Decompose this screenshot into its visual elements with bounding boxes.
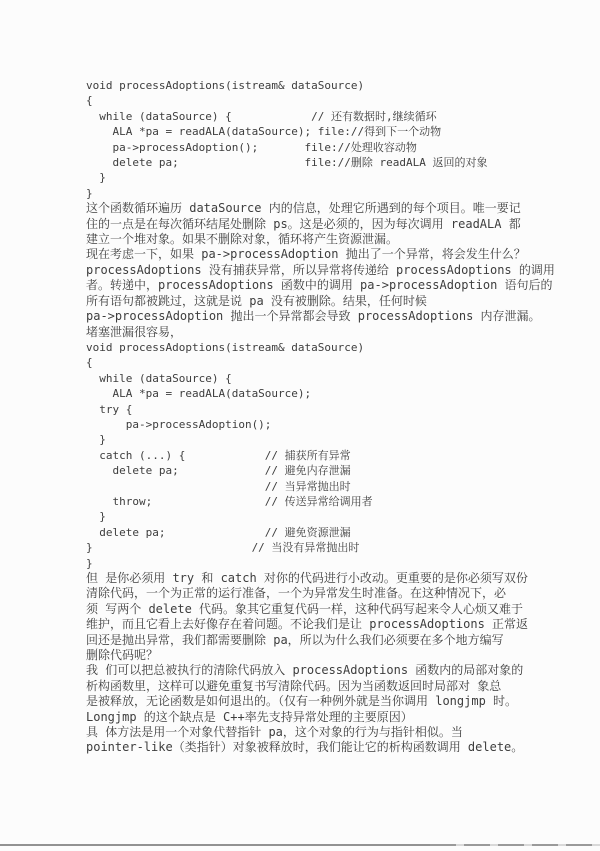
page-content: void processAdoptions(istream& dataSourc…: [86, 78, 596, 756]
paragraph-destructor-cleanup: 我 们可以把总被执行的清除代码放入 processAdoptions 函数内的局…: [86, 663, 596, 725]
page-bottom-edge-line: [0, 844, 600, 846]
bottom-line-dashed-segment: [430, 844, 600, 846]
code-block-process-adoptions-v1: void processAdoptions(istream& dataSourc…: [86, 78, 596, 201]
paragraph-exception-consequence: 现在考虑一下，如果 pa->processAdoption 抛出了一个异常，将会…: [86, 247, 596, 324]
book-page: void processAdoptions(istream& dataSourc…: [0, 0, 600, 851]
paragraph-try-catch-drawbacks: 但 是你必须用 try 和 catch 对你的代码进行小改动。更重要的是你必须写…: [86, 571, 596, 663]
bottom-line-solid-segment: [0, 844, 430, 846]
code-block-process-adoptions-try-catch: void processAdoptions(istream& dataSourc…: [86, 340, 596, 571]
paragraph-loop-description: 这个函数循环遍历 dataSource 内的信息，处理它所遇到的每个项目。唯一要…: [86, 201, 596, 247]
paragraph-pointer-like-object: 具 体方法是用一个对象代替指针 pa，这个对象的行为与指针相似。当 pointe…: [86, 725, 596, 756]
paragraph-plugging-leak-intro: 堵塞泄漏很容易，: [86, 325, 596, 340]
